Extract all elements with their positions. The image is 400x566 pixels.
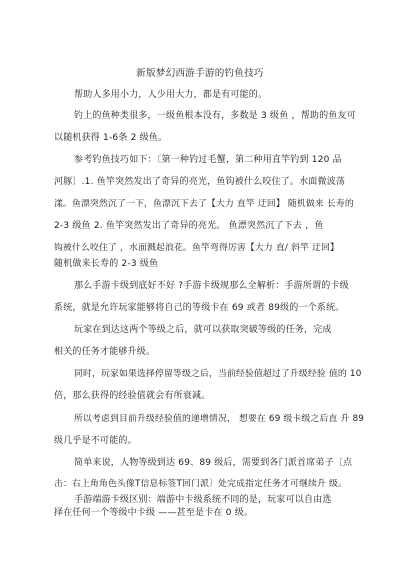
paragraph-line: 手游端游卡级区别：端游中卡级系统不同的是，玩家可以自由选 [74, 492, 332, 505]
paragraph-line: 级几乎是不可能的。 [54, 433, 137, 446]
paragraph-line: 以随机获得 1-6条 2 级鱼。 [54, 130, 167, 143]
paragraph-line: 随机做来长寿的 2-3 级鱼 [54, 256, 158, 269]
paragraph-line: 系统，就是允许玩家能够将自己的等级卡在 69 或者 89级的一个系统。 [54, 300, 345, 313]
paragraph-line: 漾。鱼漂突然沉了一下，鱼漂沉下去了【大力 直竿 迂回】 随机做来 长寿的 [54, 196, 354, 209]
paragraph-line: 2-3 级鱼 2. 鱼竿突然发出了奇异的亮光。 鱼漂突然沉了下去 ，鱼 [54, 218, 324, 231]
paragraph-line: 相关的任务才能够升级。 [54, 344, 155, 357]
paragraph-line: 同时，玩家如果选择停留等级之后，当前经验值超过了升级经验 值的 10 [74, 366, 362, 379]
document-title: 新版梦幻西游手游的钓鱼技巧 [0, 65, 400, 79]
paragraph-line: 河豚〕.1. 鱼竿突然发出了奇异的亮光，鱼钩被什么咬住了。水面微波荡 [54, 174, 345, 187]
paragraph-line: 简单来说，人物等级到达 69、89 级后，需要到各门派首席弟子〔点 [74, 455, 352, 468]
paragraph-line: 钩被什么咬住了 ，水面溅起浪花。鱼竿弯得厉害【大力 直/ 斜竿 迂回】 [54, 240, 339, 253]
paragraph-line: 倍，那么获得的经验值就会有所衰减。 [54, 388, 210, 401]
paragraph-line: 择在任何一个等级中卡级 ——甚至是卡在 0 级。 [54, 505, 253, 518]
paragraph-line: 玩家在到达这两个等级之后，就可以获取突破等级的任务，完成 [74, 322, 332, 335]
paragraph-line: 帮助人多用小力，人少用大力，都是有可能的。 [74, 87, 267, 100]
paragraph-line: 那么手游卡级到底好不好 ?手游卡级规那么全解析：手游所谓的卡级 [74, 278, 349, 291]
paragraph-line: 参考钓鱼技巧如下：〔第一种钓过毛蟹，第二种用直竿钓到 120 品 [74, 152, 342, 165]
paragraph-line: 击：右上角角色头像T信息标签T回门派〕处完成指定任务才可继续升 级。 [54, 476, 347, 489]
paragraph-line: 所以考虑到目前升级经验值的递增情况， 想要在 69 级卡级之后直 升 89 [74, 411, 364, 424]
document-page: 新版梦幻西游手游的钓鱼技巧 帮助人多用小力，人少用大力，都是有可能的。 钓上的鱼… [0, 0, 400, 566]
paragraph-line: 钓上的鱼种类很多，一级鱼根本没有，多数是 3 级鱼 ，帮助的鱼友可 [74, 108, 356, 121]
